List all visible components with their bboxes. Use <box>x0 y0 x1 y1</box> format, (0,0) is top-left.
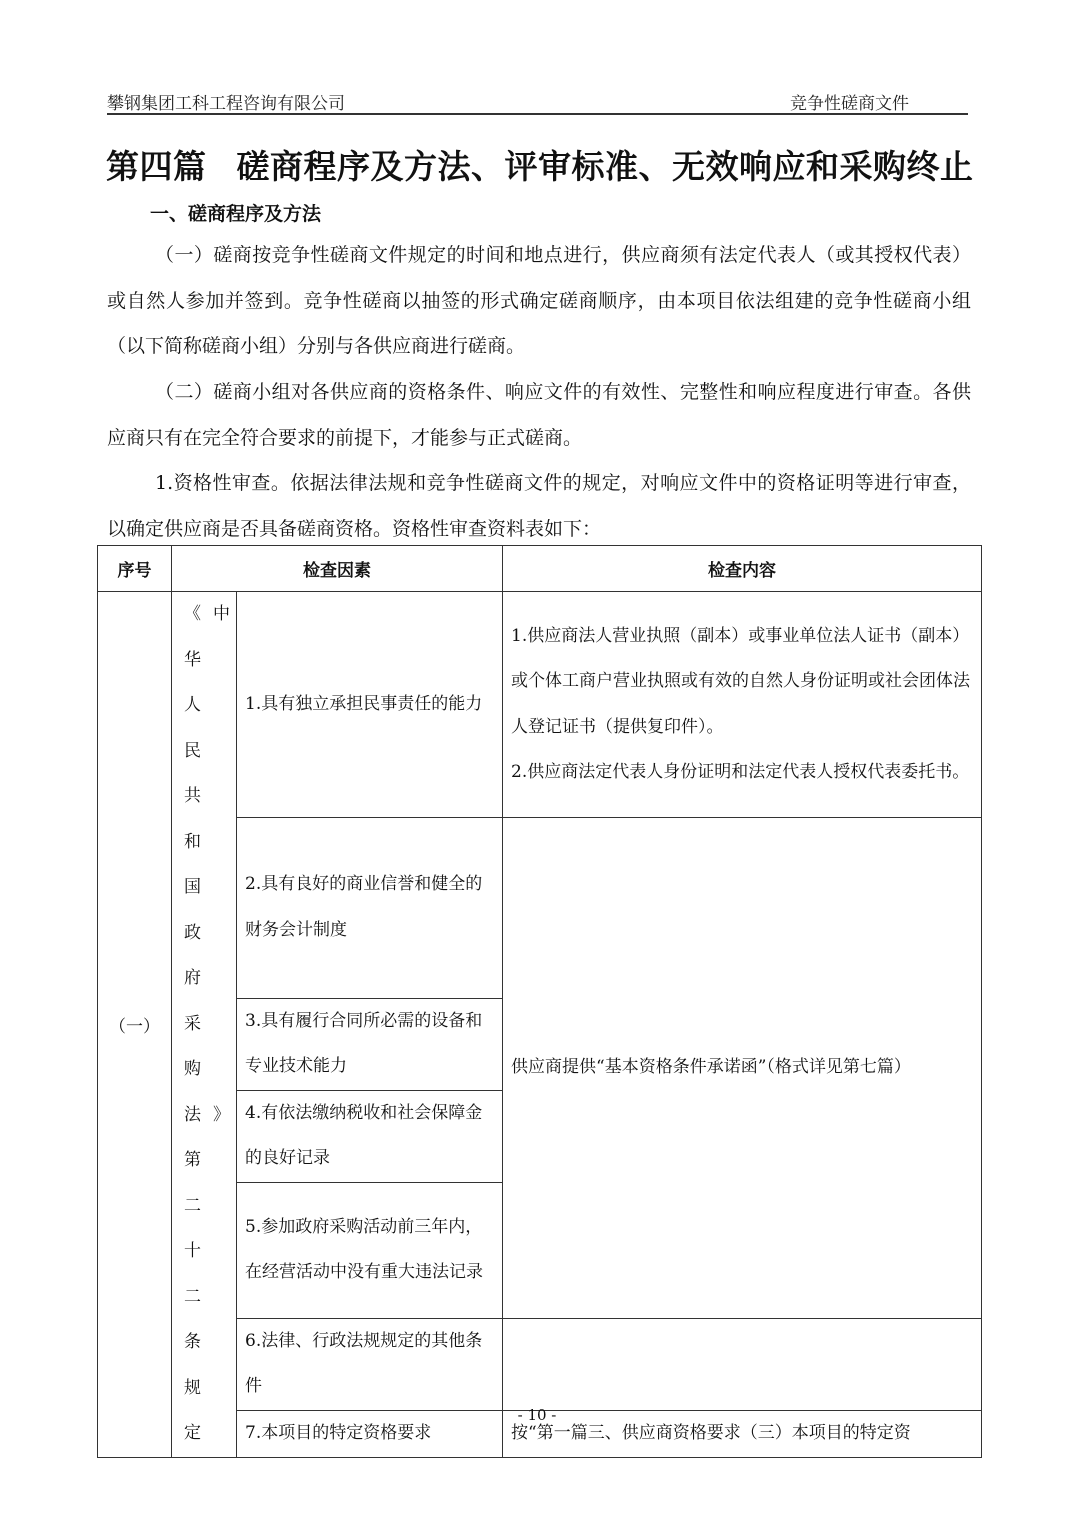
header-company: 攀钢集团工科工程咨询有限公司 <box>107 89 345 114</box>
factor-cell: 6.法律、行政法规规定的其他条件 <box>237 1318 503 1410</box>
content-item: 1.供应商法人营业执照（副本）或事业单位法人证书（副本）或个体工商户营业执照或有… <box>511 614 973 751</box>
content-cell-merged: 供应商提供“基本资格条件承诺函”（格式详见第七篇） <box>503 818 982 1319</box>
page-number: - 10 - <box>0 1406 1074 1424</box>
factor-cell: 3.具有履行合同所必需的设备和专业技术能力 <box>237 998 503 1090</box>
group-seq: （一） <box>98 592 172 1458</box>
title-part: 第四篇 <box>106 147 207 186</box>
group-law-basis: 《中华人民共和国政府采购法》第二十二条规定 <box>172 592 237 1458</box>
qualification-review-table: 序号 检查因素 检查内容 （一） 《中华人民共和国政府采购法》第二十二条规定 1… <box>97 545 982 1458</box>
paragraph-review: （二）磋商小组对各供应商的资格条件、响应文件的有效性、完整性和响应程度进行审查。… <box>107 370 971 461</box>
header-divider <box>107 113 968 115</box>
table-header-row: 序号 检查因素 检查内容 <box>98 546 982 592</box>
paragraph-procedure: （一）磋商按竞争性磋商文件规定的时间和地点进行，供应商须有法定代表人（或其授权代… <box>107 233 971 370</box>
factor-cell: 4.有依法缴纳税收和社会保障金的良好记录 <box>237 1090 503 1182</box>
content-cell <box>503 1318 982 1410</box>
paragraph-qualification: 1.资格性审查。依据法律法规和竞争性磋商文件的规定，对响应文件中的资格证明等进行… <box>107 461 971 552</box>
factor-cell: 1.具有独立承担民事责任的能力 <box>237 592 503 818</box>
header-content: 检查内容 <box>503 546 982 592</box>
section-heading: 一、磋商程序及方法 <box>150 199 321 226</box>
content-item: 2.供应商法定代表人身份证明和法定代表人授权代表委托书。 <box>511 750 973 796</box>
title-text: 磋商程序及方法、评审标准、无效响应和采购终止 <box>237 147 974 186</box>
header-factor: 检查因素 <box>172 546 503 592</box>
factor-cell: 5.参加政府采购活动前三年内，在经营活动中没有重大违法记录 <box>237 1182 503 1318</box>
law-basis-text: 《中华人民共和国政府采购法》第二十二条规定 <box>176 592 232 1457</box>
header-doc-type: 竞争性磋商文件 <box>790 89 909 114</box>
content-cell: 1.供应商法人营业执照（副本）或事业单位法人证书（副本）或个体工商户营业执照或有… <box>503 592 982 818</box>
header-seq: 序号 <box>98 546 172 592</box>
factor-cell: 2.具有良好的商业信誉和健全的财务会计制度 <box>237 818 503 999</box>
table-row: （一） 《中华人民共和国政府采购法》第二十二条规定 1.具有独立承担民事责任的能… <box>98 592 982 818</box>
page-title: 第四篇磋商程序及方法、评审标准、无效响应和采购终止 <box>106 141 974 188</box>
